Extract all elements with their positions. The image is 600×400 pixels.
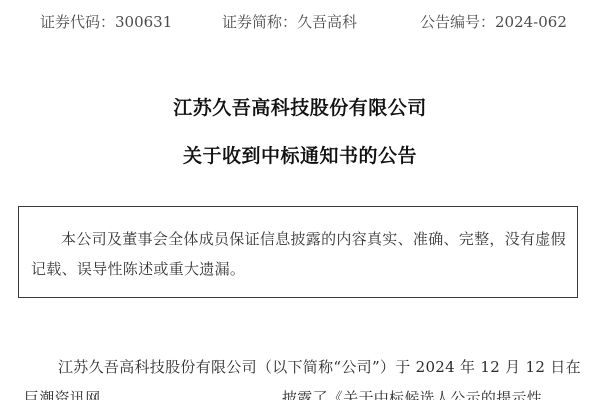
body-paragraph-line-2-left: 巨潮资讯网	[24, 387, 101, 400]
company-title: 江苏久吾高科技股份有限公司	[0, 93, 600, 120]
disclaimer-line-1: 本公司及董事会全体成员保证信息披露的内容真实、准确、完整，没有虚假	[61, 228, 566, 249]
body-paragraph-line-2-right: 披露了《关于中标候选人公示的提示性	[282, 387, 542, 400]
stock-code: 证券代码：300631	[40, 12, 172, 32]
disclaimer-line-2: 记载、误导性陈述或重大遗漏。	[31, 258, 245, 279]
announcement-subject: 关于收到中标通知书的公告	[0, 141, 600, 168]
announcement-number: 公告编号：2024-062	[420, 12, 567, 32]
body-paragraph-line-1: 江苏久吾高科技股份有限公司（以下简称“公司”）于 2024 年 12 月 12 …	[58, 356, 581, 377]
disclaimer-box: 本公司及董事会全体成员保证信息披露的内容真实、准确、完整，没有虚假 记载、误导性…	[18, 206, 578, 298]
stock-abbreviation: 证券简称：久吾高科	[222, 12, 357, 32]
